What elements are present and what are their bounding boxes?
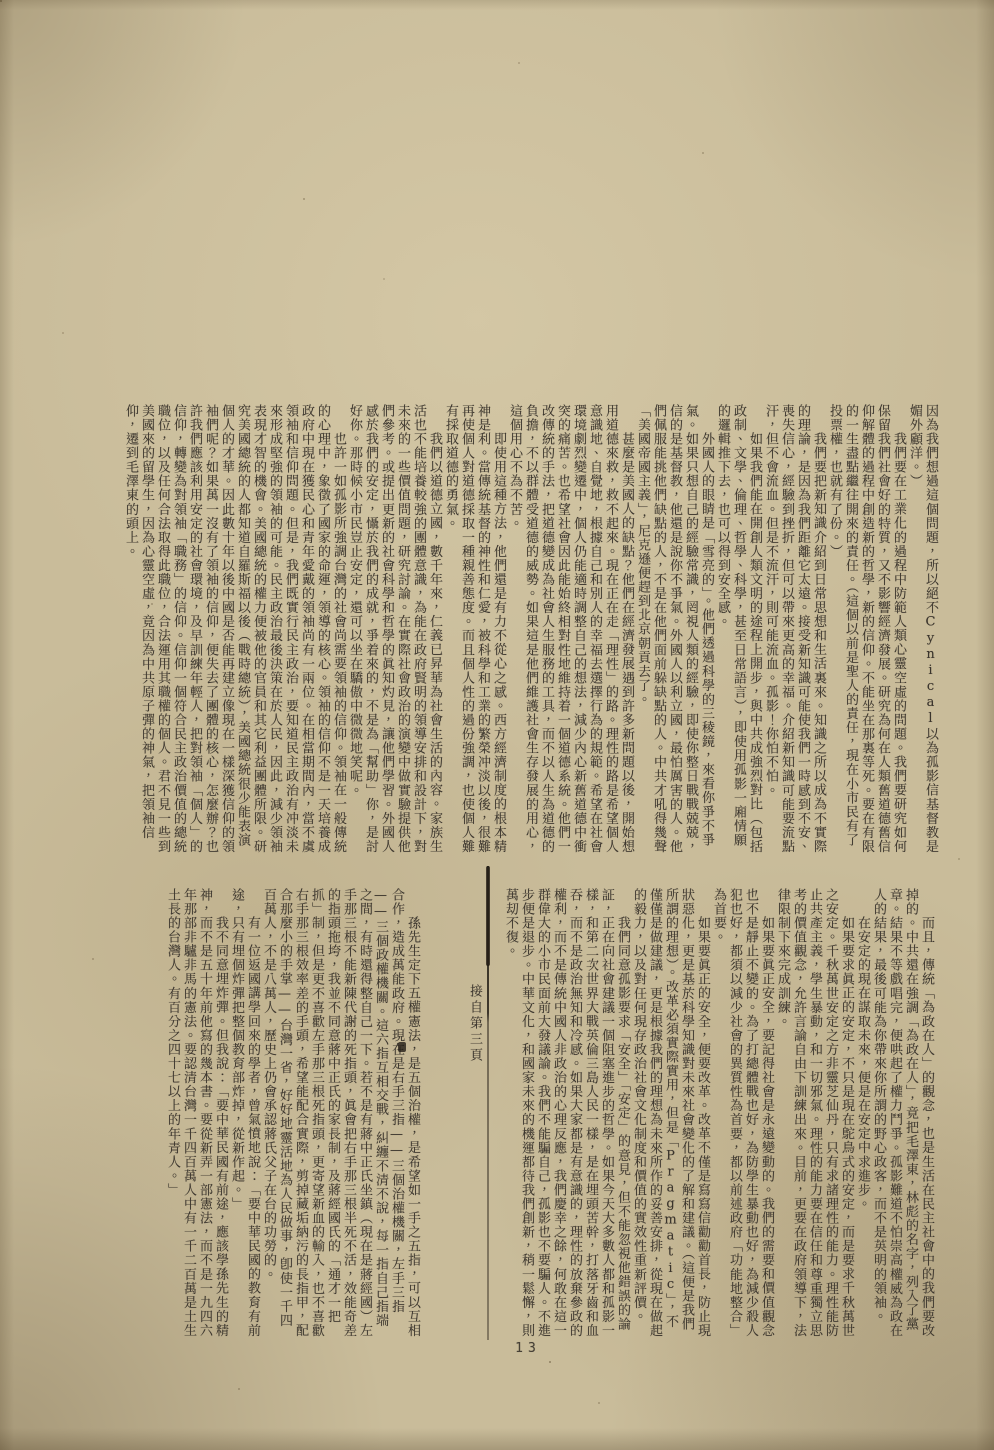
paragraph: 而且，傳統「為政在人」的觀念，也是生活在民主社會中的我們要改掉的。中共還在強調「… (870, 888, 934, 1340)
paragraph: 有一位返國講學回來的學者，曾氣憤地說：「要中華民國的教育有前途，只有埋個炸彈把整… (228, 888, 260, 1340)
paragraph: 我不同意埋炸彈。但我說：「要中華民國有前途，應該學孫先生的精神，而不是五十年前他… (164, 888, 228, 1340)
paragraph: 如果要眞正的安全，便要改革。改革不僅是寫寫信勸勸首長，防止現狀惡化，更是基於科學… (630, 888, 710, 1340)
paper-specks (0, 0, 2, 2)
bottom-left-article-text: 孫先生定下五權憲法，是五個治權，是希望如一手之五指，可以互相合作，造成萬能政府。… (118, 888, 420, 1340)
continued-from-page-label: 接自第三頁 (466, 984, 482, 1094)
paragraph: 即使用這種方法，他們還是有力不從心之感。西方經濟制度的根本精神是利。當傳統基督的… (442, 404, 506, 856)
paragraph: 在安定的現在謀取未來，便是在安定中求進步。 (854, 888, 870, 1340)
paragraph: 外國人的眼睛是「雪亮的」。他們透過科學的三稜鏡，來看你爭不爭氣。如果只想自己的經… (634, 404, 714, 856)
paragraph: 我們同意孤影要求「安全」「安定」的意見，但不能忽視他錯誤的論証，正在向社會建議一… (502, 888, 630, 1340)
paragraph: 如果要眞正安全，要記得社會是永遠變動的。我們的需要和價值觀念也不是靜止不變的。為… (710, 888, 774, 1340)
paragraph: 我們要把新知識介紹到日常思想和生活裏來。知識之所以成為不實際的理論，是因為我們距… (762, 404, 826, 856)
paragraph: 如果我們能在開創人類文明的途程上開步，與中共成強烈對比（包括政制、文學、倫理、哲… (714, 404, 762, 856)
scanned-magazine-page: 因為我們想過這個問題，所以絕不Cynical以為孤影信基督教是媚外顧洋。）我們要… (0, 0, 994, 1450)
ink-blot (398, 1042, 406, 1052)
top-article-text: 因為我們想過這個問題，所以絕不Cynical以為孤影信基督教是媚外顧洋。）我們要… (118, 404, 938, 856)
page-number: 13 (500, 1341, 556, 1356)
bottom-right-article-text: 而且，傳統「為政在人」的觀念，也是生活在民主社會中的我們要改掉的。中共還在強調「… (498, 888, 934, 1340)
section-divider-rule-bold (486, 866, 490, 966)
paragraph: 甚麼是美國人的缺點？他們在經濟發展遇到許多新問題以後，開始想用道德來救，救不起來… (506, 404, 634, 856)
paragraph: 我們以道德立國，數千年來，仁義已昇華為社會生活的內容。家族生活也不能培養較強的團… (346, 404, 442, 856)
paragraph: 如果要求眞正的安定，不只是現在鴕鳥式的安定，而是要求千秋萬世之安定。千秋萬世安定… (774, 888, 854, 1340)
paragraph: 因為我們想過這個問題，所以絕不Cynical以為孤影信基督教是媚外顧洋。） (906, 404, 938, 856)
paragraph: 也許一如孤影所強調台灣的社會尚需要領袖的信仰。領袖在一般傳統的心理中，象徵了國家… (122, 404, 346, 856)
paragraph: 我們要在工業化的過程中防範人類心靈空虛的問題。我們要研究如何保留我們社會好的特質… (826, 404, 906, 856)
paragraph: 孫先生定下五權憲法，是五個治權，是希望如一手之五指，可以互相合作，造成萬能政府。… (260, 888, 420, 1340)
